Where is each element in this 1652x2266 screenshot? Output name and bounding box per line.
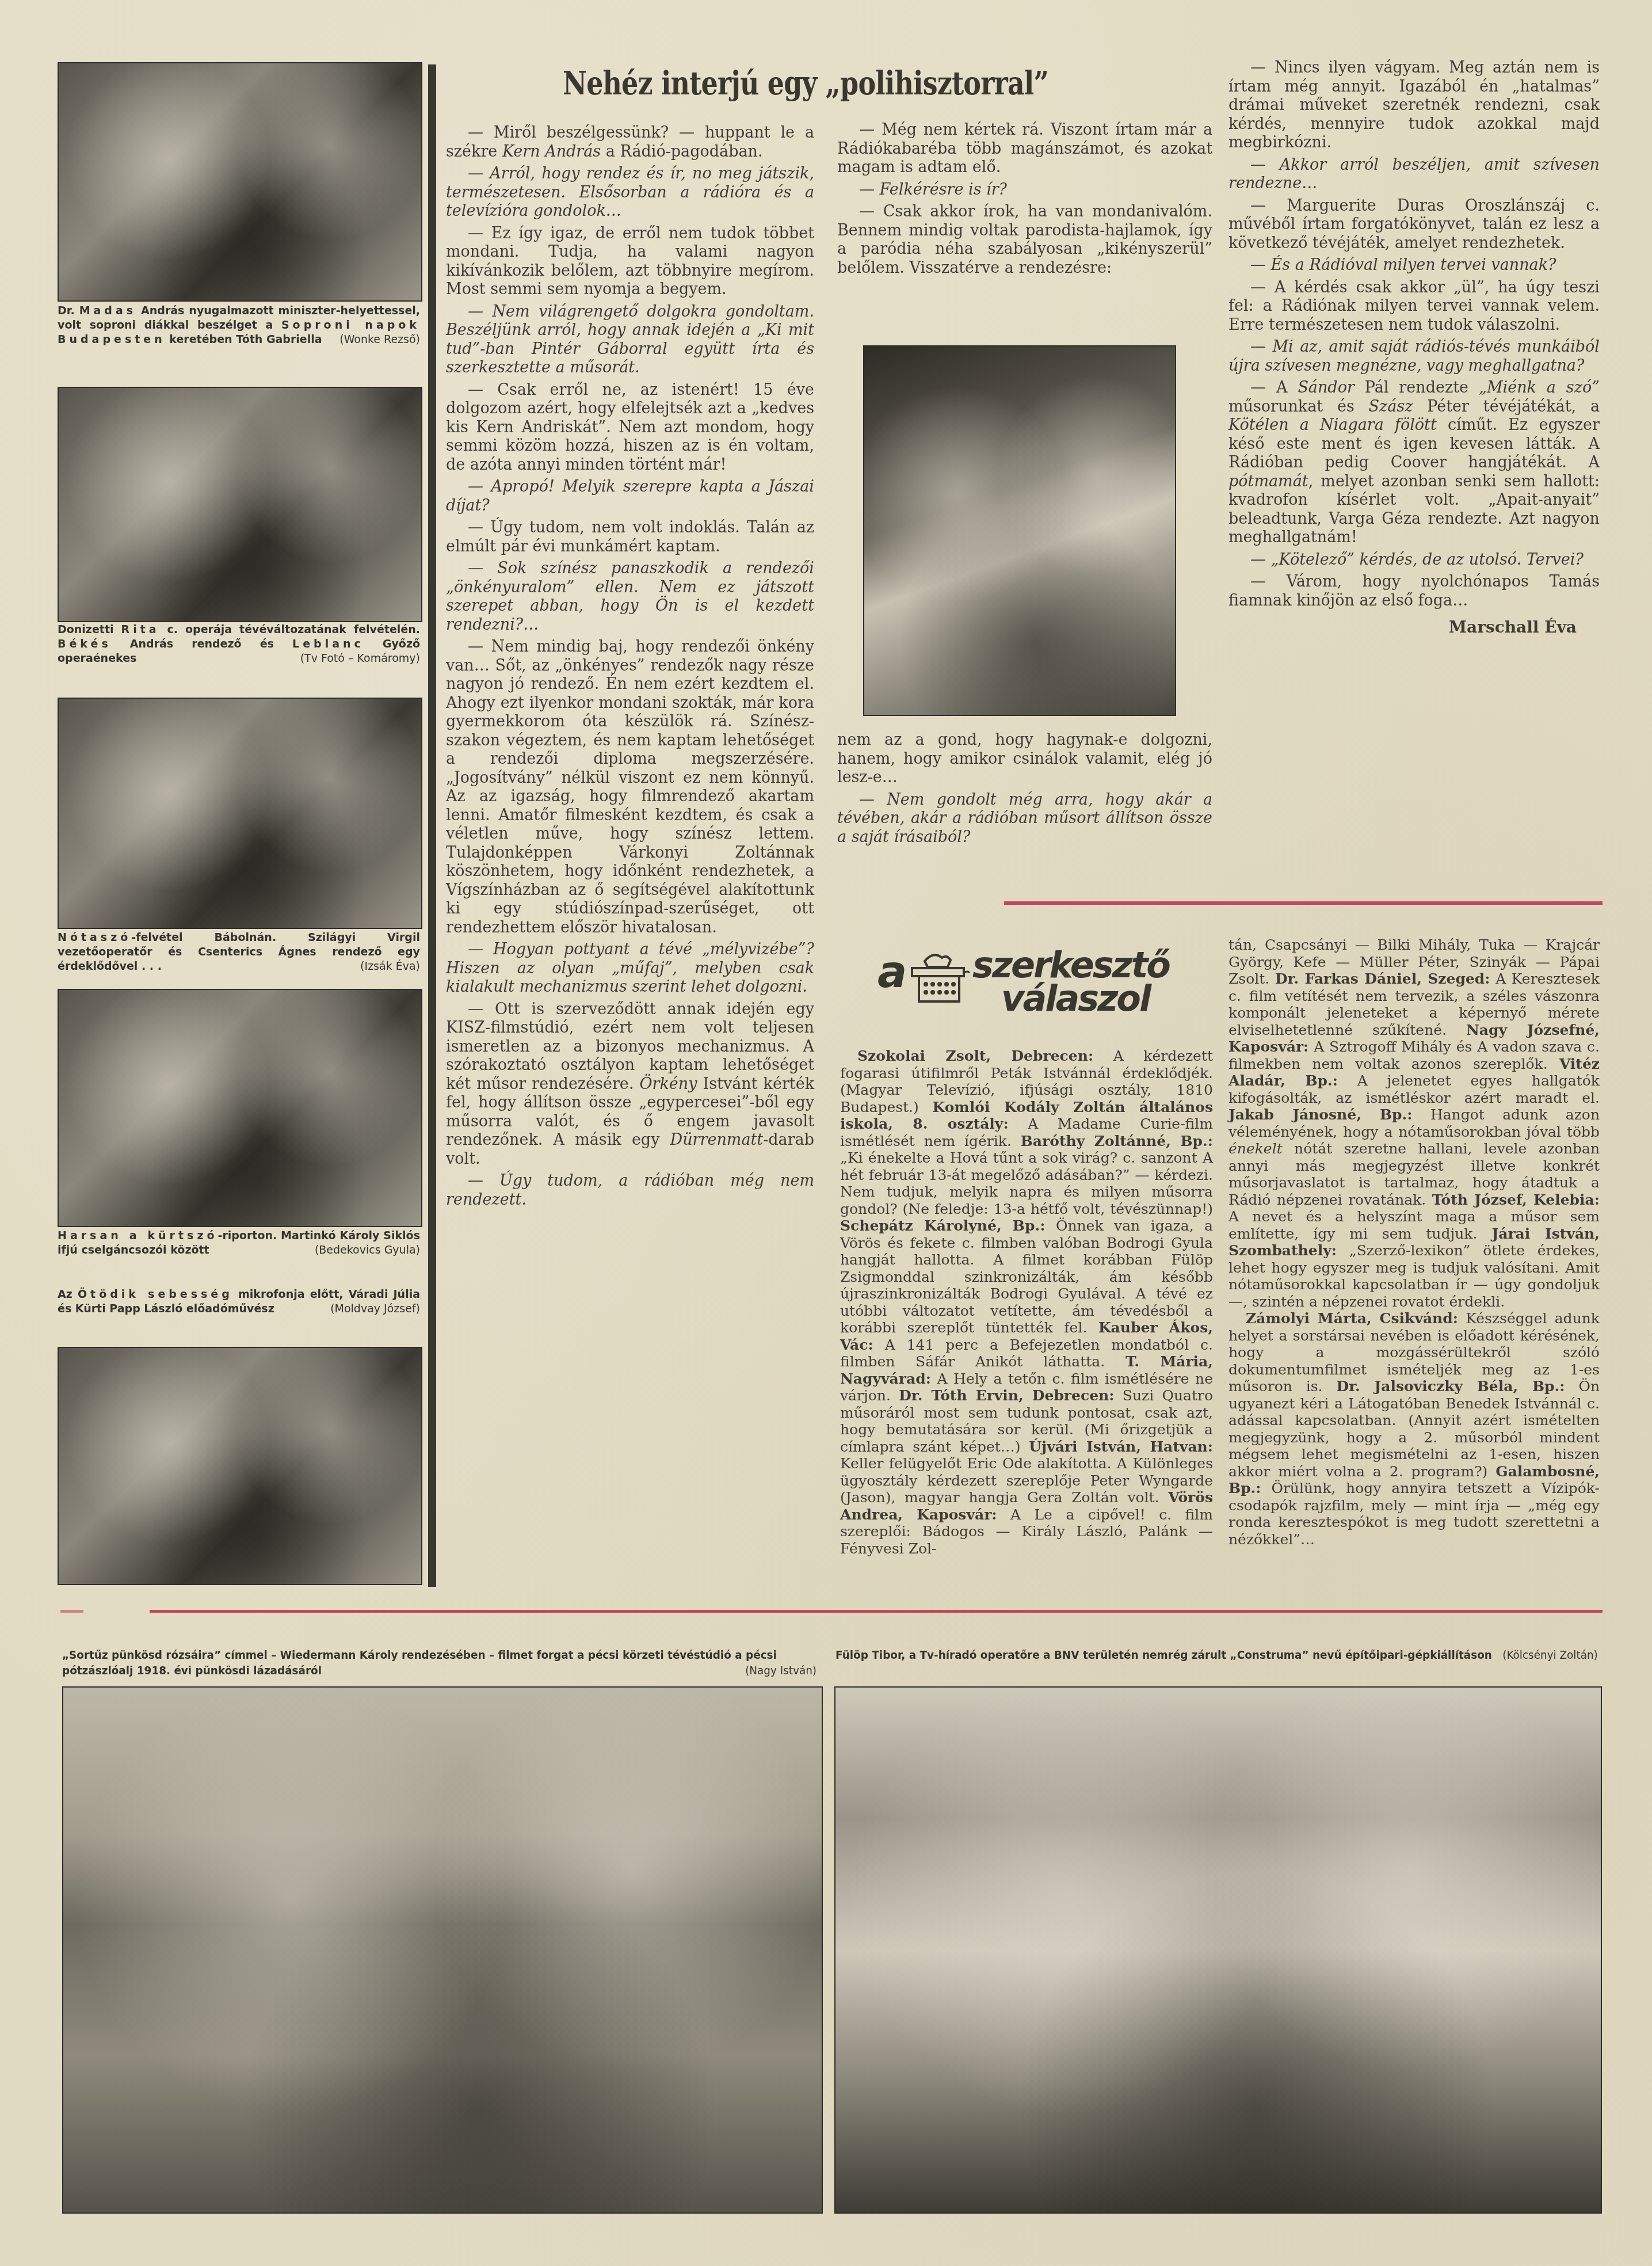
column-divider (428, 64, 436, 1587)
interviewer-question: — És a Rádióval milyen tervei vannak? (1228, 256, 1600, 275)
text-run: nem az a gond, hogy hagynak-e dolgozni, … (837, 731, 1212, 786)
photo-caption-3: Nótaszó-felvétel Bábolnán. Szilágyi Virg… (58, 931, 420, 974)
text-run: pótmamát (1228, 473, 1308, 490)
caption-text: Madas (79, 304, 136, 317)
reader-name: Jakab Jánosné, Bp.: (1228, 1106, 1413, 1123)
bottom-photo-caption-right: Fülöp Tibor, a Tv-híradó operatőre a BNV… (835, 1647, 1598, 1663)
letter-answers-paragraph: Szokolai Zsolt, Debrecen: A kérdezett fo… (840, 1048, 1213, 1557)
caption-text: Leblanc (292, 638, 364, 650)
interviewer-question: — Úgy tudom, a rádióban még nem rendezet… (446, 1172, 814, 1209)
letter-answers-paragraph: Zámolyi Márta, Csikvánd: Készséggel adun… (1228, 1310, 1600, 1548)
interviewee-answer: — Még nem kértek rá. Viszont írtam már a… (837, 121, 1212, 177)
text-run: Sándor (1298, 379, 1354, 397)
interviewee-answer: — Csak akkor írok, ha van mondanivalóm. … (837, 203, 1212, 277)
editor-letters-column-right: tán, Csapcsányi — Bilki Mihály, Tuka — K… (1228, 936, 1600, 1548)
logo-prefix: a (877, 946, 907, 997)
text-run: — Nincs ilyen vágyam. Meg aztán nem is í… (1228, 59, 1600, 151)
answer-text: Keller felügyelőt Eric Ode alakította. A… (840, 1455, 1213, 1506)
interviewer-question: — Mi az, amit saját rádiós-tévés munkáib… (1228, 338, 1600, 375)
interviewer-question: — Hogyan pottyant a tévé „mélyvizébe”? H… (446, 940, 814, 997)
photo-caption-2: Donizetti Rita c. operája tévéváltozatán… (58, 623, 420, 666)
photo-harsan-kurtszo (58, 989, 422, 1227)
photo-kern-andras-portrait (863, 345, 1176, 716)
interviewee-answer: — Miről beszélgessünk? — huppant le a sz… (446, 124, 814, 161)
text-run: Kötélen a Niagara fölött (1228, 416, 1437, 434)
editor-letters-column-left: Szokolai Zsolt, Debrecen: A kérdezett fo… (840, 1048, 1213, 1557)
caption-text: c. operája tévéváltozatának felvételén. (160, 623, 420, 636)
interviewer-question: — Felkérésre is ír? (837, 181, 1212, 200)
caption-text: Donizetti (58, 623, 121, 636)
caption-text: Békés (58, 638, 112, 650)
reader-name: Baróthy Zoltánné, Bp.: (1021, 1133, 1213, 1149)
photo-bnv-construma-exhibition (834, 1686, 1602, 2214)
photo-caption-4: Harsan a kürtszó-riporton. Martinkó Káro… (58, 1229, 420, 1258)
interviewee-answer: — Várom, hogy nyolchónapos Tamás fiamnak… (1228, 573, 1600, 610)
text-run: Kern András (502, 143, 601, 161)
text-run: műsorunkat és (1228, 398, 1369, 416)
text-run: Pál rendezte (1355, 379, 1479, 397)
photo-caption-1: Dr. Madas András nyugalmazott miniszter-… (58, 304, 420, 347)
reader-name: Újvári István, Hatvan: (1029, 1438, 1213, 1455)
bottom-photo-caption-left: „Sortűz pünkösd rózsáira” címmel – Wiede… (62, 1647, 817, 1678)
answer-text: énekelt (1228, 1140, 1283, 1157)
photo-caption-5: Az Ötödik sebesség mikrofonja előtt, Vár… (58, 1288, 420, 1316)
interviewer-question: — Akkor arról beszéljen, amit szívesen r… (1228, 156, 1600, 193)
text-run: Péter tévéjátékát, a (1413, 398, 1600, 416)
article-column-1: — Miről beszélgessünk? — huppant le a sz… (446, 124, 814, 1213)
interviewee-answer: nem az a gond, hogy hagynak-e dolgozni, … (837, 731, 1212, 787)
photo-otodik-sebesseg-studio (58, 1347, 422, 1585)
reader-name: Dr. Jalsoviczky Béla, Bp.: (1336, 1378, 1565, 1395)
caption-text: keretében Tóth Gabriella (166, 333, 322, 346)
interviewer-question: — Sok színész panaszkodik a rendezői „ön… (446, 559, 814, 634)
text-run: „Miénk a szó” (1479, 379, 1600, 397)
article-byline: Marschall Éva (1228, 618, 1600, 637)
answer-text: Önnek van igaza, a Vörös és fekete c. fi… (840, 1217, 1213, 1336)
caption-text: András rendező és (112, 638, 292, 650)
text-run: Örkény (639, 1075, 697, 1093)
photo-credit: (Tv Fotó – Komáromy) (300, 652, 420, 666)
text-run: a Rádió-pagodában. (601, 143, 762, 161)
interviewer-question: — Nem gondolt még arra, hogy akár a tévé… (837, 791, 1212, 847)
article-column-3: — Nincs ilyen vágyam. Meg aztán nem is í… (1228, 59, 1600, 637)
section-divider-red (1004, 901, 1603, 905)
photo-credit: (Moldvay József) (330, 1302, 420, 1316)
interviewer-question: — Nem világrengető dolgokra gondoltam. B… (446, 303, 814, 378)
text-run: — Úgy tudom, nem volt indoklás. Talán az… (446, 519, 814, 555)
photo-credit: (Nagy István) (745, 1663, 817, 1678)
interviewee-answer: — Úgy tudom, nem volt indoklás. Talán az… (446, 519, 814, 556)
photo-credit: (Wonke Rezső) (339, 333, 420, 347)
photo-madas-interview (58, 62, 422, 302)
photo-credit: (Kölcsényi Zoltán) (1502, 1647, 1598, 1663)
interviewee-answer: — Csak erről ne, az istenért! 15 éve dol… (446, 381, 814, 475)
text-run: — Csak akkor írok, ha van mondanivalóm. … (837, 203, 1212, 277)
interviewee-answer: — Ez így igaz, de erről nem tudok többet… (446, 224, 814, 299)
reader-name: Szokolai Zsolt, Debrecen: (857, 1048, 1093, 1064)
interviewee-answer: — A kérdés csak akkor „ül”, ha úgy teszi… (1228, 279, 1600, 335)
interviewee-answer: — Ott is szerveződött annak idején egy K… (446, 1000, 814, 1169)
text-run: — A kérdés csak akkor „ül”, ha úgy teszi… (1228, 279, 1600, 334)
text-run: — Még nem kértek rá. Viszont írtam már a… (837, 121, 1212, 176)
reader-name: Dr. Tóth Ervin, Debrecen: (899, 1387, 1114, 1404)
text-run: — Csak erről ne, az istenért! 15 éve dol… (446, 381, 814, 474)
caption-text: Harsan a kürtszó (58, 1229, 218, 1242)
section-divider-red-bottom (150, 1610, 1603, 1613)
interviewee-answer: — Marguerite Duras Oroszlánszáj c. művéb… (1228, 197, 1600, 253)
article-column-2-top: — Még nem kértek rá. Viszont írtam már a… (837, 121, 1212, 281)
caption-text: Ötödik sebesség (78, 1288, 233, 1301)
photo-credit: (Izsák Éva) (360, 959, 420, 974)
caption-text: Nótaszó (58, 931, 131, 944)
reader-name: Dr. Farkas Dániel, Szeged: (1275, 970, 1490, 987)
photo-donizetti-rita (58, 387, 422, 622)
interviewee-answer: — Nem mindig baj, hogy rendezői önkény v… (446, 638, 814, 937)
article-headline: Nehéz interjú egy „polihisztorral” (563, 64, 1048, 102)
caption-text: „Sortűz pünkösd rózsáira” címmel – Wiede… (62, 1648, 777, 1677)
text-run: — Várom, hogy nyolchónapos Tamás fiamnak… (1228, 573, 1600, 610)
text-run: Dürrenmatt (670, 1131, 764, 1149)
reader-name: Zámolyi Márta, Csikvánd: (1246, 1310, 1458, 1327)
text-run: — Marguerite Duras Oroszlánszáj c. művéb… (1228, 197, 1600, 252)
caption-text: Dr. (58, 304, 79, 317)
interviewee-answer: — A Sándor Pál rendezte „Miénk a szó” mű… (1228, 379, 1600, 547)
text-run: — A (1250, 379, 1298, 397)
photo-notaszo-recording (58, 698, 422, 929)
caption-text: Az (58, 1288, 78, 1301)
article-column-2-bottom: nem az a gond, hogy hagynak-e dolgozni, … (837, 731, 1212, 850)
text-run: Szász (1369, 398, 1413, 416)
section-divider-red-left-tick (60, 1610, 83, 1613)
text-run: — Nem mindig baj, hogy rendezői önkény v… (446, 638, 814, 936)
interviewer-question: — Arról, hogy rendez és ír, no meg játsz… (446, 165, 814, 221)
reader-name: Schepátz Károlyné, Bp.: (840, 1217, 1045, 1234)
reader-name: Tóth József, Kelebia: (1432, 1191, 1600, 1208)
answer-text: „Ki énekelte a Hová tűnt a sok virág? c.… (840, 1149, 1213, 1217)
logo-line-2: válaszol (1001, 977, 1150, 1019)
text-run: — Ez így igaz, de erről nem tudok többet… (446, 224, 814, 299)
caption-text: Rita (121, 623, 160, 636)
photo-pecs-film-shooting (62, 1686, 823, 2214)
photo-credit: (Bedekovics Gyula) (315, 1243, 420, 1258)
interviewer-question: — „Kötelező” kérdés, de az utolsó. Terve… (1228, 551, 1600, 570)
typewriter-icon (907, 950, 971, 1004)
answer-text: Örülünk, hogy annyira tetszett a Vízipók… (1228, 1480, 1600, 1548)
interviewer-question: — Apropó! Melyik szerepre kapta a Jászai… (446, 478, 814, 515)
editor-answers-logo: a szerkesztő válaszol (877, 944, 1177, 1019)
caption-text: Fülöp Tibor, a Tv-híradó operatőre a BNV… (835, 1648, 1492, 1662)
letter-answers-paragraph: tán, Csapcsányi — Bilki Mihály, Tuka — K… (1228, 936, 1600, 1310)
interviewee-answer: — Nincs ilyen vágyam. Meg aztán nem is í… (1228, 59, 1600, 153)
